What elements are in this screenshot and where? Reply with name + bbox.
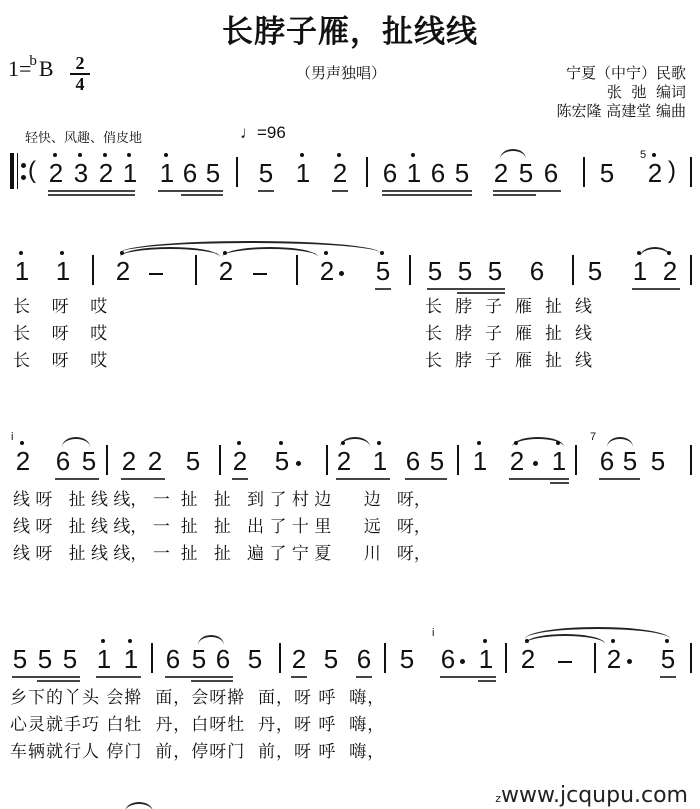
note: 5 <box>189 645 209 673</box>
time-sig-bottom: 4 <box>76 74 85 94</box>
note: 6 <box>527 257 547 285</box>
barline <box>219 445 221 475</box>
lyric-verse-3: 长 呀 哎 <box>13 349 107 373</box>
note: 2 <box>660 257 680 285</box>
beam <box>96 676 141 678</box>
note: 5 <box>256 159 276 187</box>
lyric-verse-1: 长 呀 哎 <box>13 295 107 319</box>
open-paren: ( <box>28 157 36 185</box>
repeat-thick-bar <box>10 153 14 189</box>
barline <box>690 643 692 673</box>
augmentation-dot <box>627 659 632 664</box>
beam <box>37 680 80 682</box>
note: 3 <box>71 159 91 187</box>
note: 6 <box>428 159 448 187</box>
note: 1 <box>630 257 650 285</box>
note: 6 <box>53 447 73 475</box>
grace-note: 7 <box>590 431 596 443</box>
barline <box>575 445 577 475</box>
beam <box>291 676 307 678</box>
note: 1 <box>293 159 313 187</box>
note: 5 <box>427 447 447 475</box>
note: 1 <box>157 159 177 187</box>
note: 5 <box>79 447 99 475</box>
note: 6 <box>380 159 400 187</box>
barline <box>92 255 94 285</box>
note: 1 <box>121 645 141 673</box>
sustain-dash <box>558 661 572 663</box>
credit-lyricist: 张 弛 编词 <box>556 83 686 102</box>
note: 2 <box>145 447 165 475</box>
barline <box>690 255 692 285</box>
beam <box>493 190 561 192</box>
credit-arranger: 陈宏隆 高建堂 编曲 <box>556 102 686 121</box>
song-subtitle: （男声独唱） <box>296 62 386 83</box>
sustain-dash <box>253 273 267 275</box>
beam <box>48 190 135 192</box>
tempo-marking: ♩=96 <box>240 123 286 143</box>
barline <box>279 643 281 673</box>
note: 6 <box>597 447 617 475</box>
note: 5 <box>516 159 536 187</box>
lyric-verse-3b: 长脖子雁扯线 <box>425 349 605 373</box>
lyric-verse-3: 车辆就行人 停门 前，停呀门 前，呀 呼 嗨， <box>10 740 385 764</box>
augmentation-dot <box>296 461 301 466</box>
grace-note: i <box>432 627 434 639</box>
beam <box>232 478 248 480</box>
barline <box>195 255 197 285</box>
beam <box>440 676 496 678</box>
repeat-dot <box>21 163 26 168</box>
beam <box>332 190 348 192</box>
beam <box>356 676 372 678</box>
barline <box>326 445 328 475</box>
note: 5 <box>35 645 55 673</box>
beam <box>375 288 391 290</box>
barline <box>505 643 507 673</box>
beam <box>121 478 165 480</box>
note: 2 <box>289 645 309 673</box>
note: 6 <box>354 645 374 673</box>
flat-sign: b <box>29 53 37 69</box>
note: 5 <box>620 447 640 475</box>
beam <box>55 478 99 480</box>
note: 2 <box>330 159 350 187</box>
beam <box>191 680 233 682</box>
note: 2 <box>119 447 139 475</box>
barline <box>151 643 153 673</box>
beam <box>457 292 505 294</box>
lyric-verse-2: 长 呀 哎 <box>13 322 107 346</box>
beam <box>181 194 223 196</box>
note: 1 <box>404 159 424 187</box>
note: 6 <box>438 645 458 673</box>
note: 1 <box>53 257 73 285</box>
barline <box>594 643 596 673</box>
key-note: B <box>39 56 54 81</box>
note: 1 <box>12 257 32 285</box>
augmentation-dot <box>533 461 538 466</box>
lyric-verse-2: 心灵就手巧 白牡 丹，白呀牡 丹，呀 呼 嗨， <box>10 713 385 737</box>
note: 2 <box>518 645 538 673</box>
note: 5 <box>658 645 678 673</box>
barline <box>690 445 692 475</box>
note: 2 <box>491 159 511 187</box>
note: 5 <box>425 257 445 285</box>
song-title: 长脖子雁，扯线线 <box>0 6 700 51</box>
beam <box>405 478 447 480</box>
beam <box>599 478 640 480</box>
repeat-dot <box>21 175 26 180</box>
note: 5 <box>245 645 265 673</box>
barline <box>296 255 298 285</box>
beam <box>382 194 472 196</box>
note: 1 <box>470 447 490 475</box>
beam <box>12 676 80 678</box>
watermark: zwww.jcqupu.com <box>495 783 688 808</box>
note: 2 <box>604 645 624 673</box>
note: 2 <box>645 159 665 187</box>
beam <box>660 676 676 678</box>
expression-marking: 轻快、风趣、俏皮地 <box>25 127 142 146</box>
note: 6 <box>180 159 200 187</box>
credits: 宁夏（中宁）民歌 张 弛 编词 陈宏隆 高建堂 编曲 <box>556 64 686 121</box>
note: 5 <box>597 159 617 187</box>
key-prefix: 1= <box>8 56 31 81</box>
note: 5 <box>272 447 292 475</box>
note: 2 <box>230 447 250 475</box>
augmentation-dot <box>339 271 344 276</box>
beam <box>48 194 135 196</box>
barline <box>457 445 459 475</box>
note: 5 <box>455 257 475 285</box>
note: 5 <box>373 257 393 285</box>
note: 5 <box>452 159 472 187</box>
note: 5 <box>203 159 223 187</box>
beam <box>382 190 472 192</box>
barline <box>409 255 411 285</box>
lyric-verse-2b: 长脖子雁扯线 <box>425 322 605 346</box>
note: 5 <box>485 257 505 285</box>
close-paren: ) <box>668 157 676 185</box>
lyric-verse-3: 线 呀 扯 线 线， 一 扯 扯 遍 了 宁 夏 川 呀， <box>13 542 431 566</box>
note: 2 <box>96 159 116 187</box>
beam <box>478 680 496 682</box>
note: 1 <box>476 645 496 673</box>
note: 2 <box>317 257 337 285</box>
note: 5 <box>10 645 30 673</box>
watermark-url: www.jcqupu.com <box>501 783 688 808</box>
beam <box>632 288 680 290</box>
slur-next-line <box>125 802 153 809</box>
time-signature: 2 4 <box>70 55 90 93</box>
note: 6 <box>163 645 183 673</box>
note: 1 <box>120 159 140 187</box>
note: 1 <box>549 447 569 475</box>
lyric-verse-1: 线 呀 扯 线 线， 一 扯 扯 到 了 村 边 边 呀， <box>13 488 431 512</box>
beam <box>165 676 233 678</box>
note: 2 <box>13 447 33 475</box>
note: 2 <box>334 447 354 475</box>
repeat-thin-bar <box>17 153 18 189</box>
note: 1 <box>370 447 390 475</box>
note: 6 <box>541 159 561 187</box>
note: 2 <box>507 447 527 475</box>
barline <box>236 157 238 187</box>
barline <box>690 157 692 187</box>
beam <box>509 478 569 480</box>
note: 2 <box>216 257 236 285</box>
note: 5 <box>585 257 605 285</box>
note: 5 <box>648 447 668 475</box>
note: 6 <box>403 447 423 475</box>
barline <box>583 157 585 187</box>
note: 5 <box>60 645 80 673</box>
grace-note: i <box>11 431 13 443</box>
beam <box>493 194 536 196</box>
credit-origin: 宁夏（中宁）民歌 <box>556 64 686 83</box>
sustain-dash <box>149 273 163 275</box>
note: 1 <box>94 645 114 673</box>
lyric-verse-2: 线 呀 扯 线 线， 一 扯 扯 出 了 十 里 远 呀， <box>13 515 431 539</box>
barline <box>106 445 108 475</box>
time-sig-top: 2 <box>76 53 85 73</box>
key-signature: 1=bB <box>8 56 54 82</box>
note: 5 <box>397 645 417 673</box>
note: 2 <box>46 159 66 187</box>
lyric-verse-1b: 长脖子雁扯线 <box>425 295 605 319</box>
beam <box>550 482 569 484</box>
beam <box>427 288 505 290</box>
note: 2 <box>113 257 133 285</box>
lyric-verse-1: 乡下的丫头 会擀 面，会呀擀 面，呀 呼 嗨， <box>10 686 385 710</box>
beam <box>158 190 223 192</box>
barline <box>366 157 368 187</box>
barline <box>572 255 574 285</box>
beam <box>258 190 274 192</box>
augmentation-dot <box>460 659 465 664</box>
note: 6 <box>213 645 233 673</box>
note: 5 <box>321 645 341 673</box>
beam <box>336 478 390 480</box>
note: 5 <box>183 447 203 475</box>
barline <box>384 643 386 673</box>
